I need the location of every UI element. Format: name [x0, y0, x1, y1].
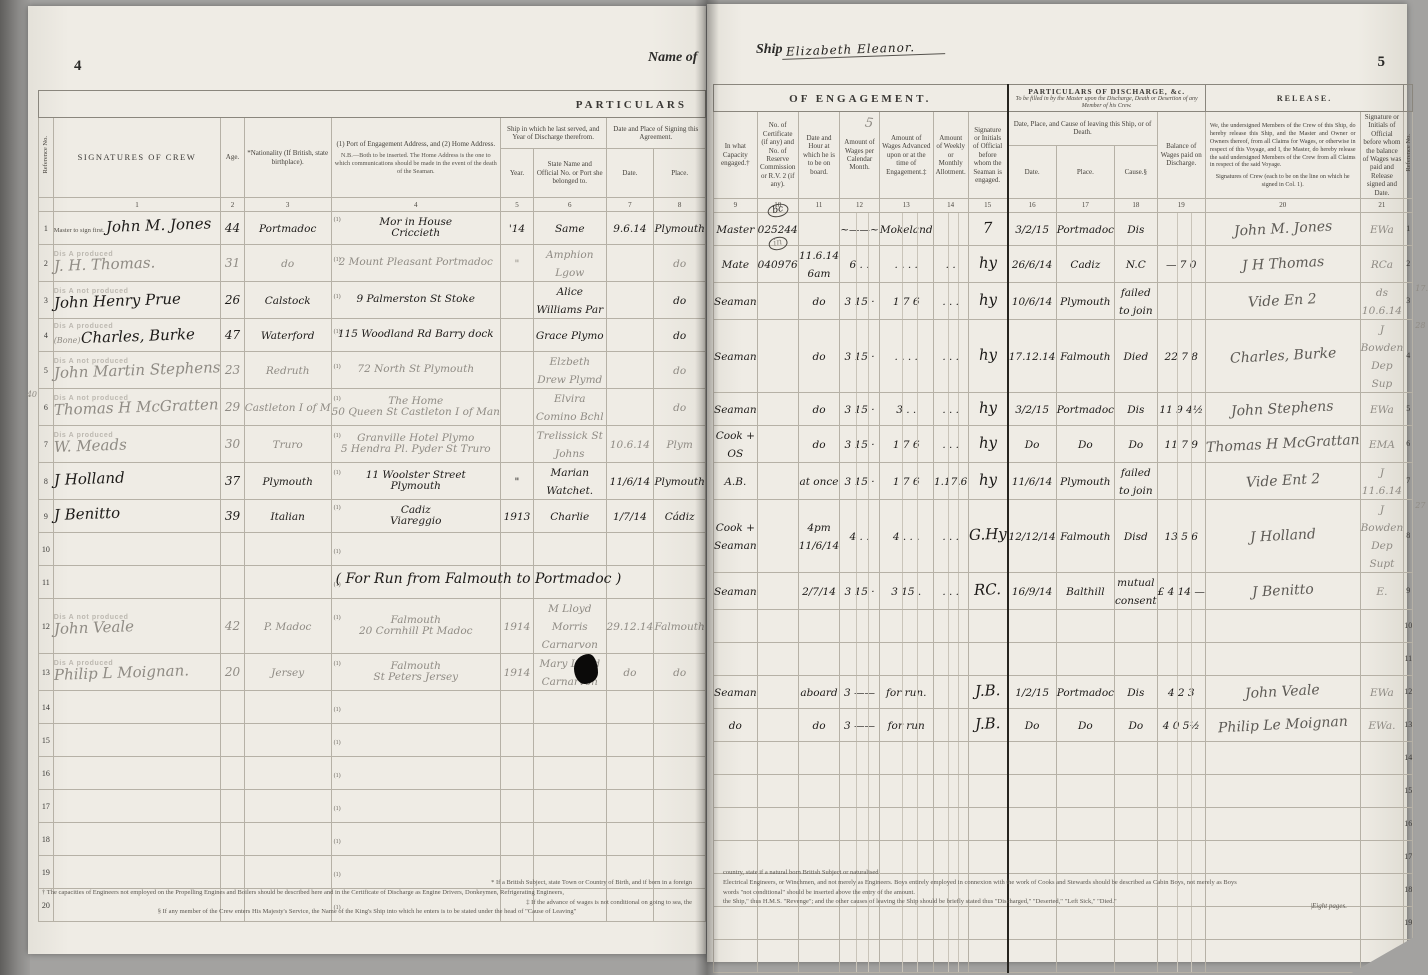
group-last-ship-header: Ship in which he last served, and Year o… [500, 118, 606, 149]
cell-last-ship-name: Same [534, 212, 607, 245]
cell-certificate-no [757, 499, 798, 572]
cell-discharge-date: 3/2/15 [1008, 392, 1057, 425]
cell-release-official: EWa [1360, 392, 1404, 425]
engagement-row: 10 [714, 609, 1413, 642]
address-mark: (1) [334, 740, 341, 746]
name-of-label: Name of [648, 50, 697, 66]
crew-signature: J Holland [53, 471, 124, 489]
cell-date-hour: do [798, 319, 839, 392]
cell-wages: 4 . . [840, 499, 880, 572]
cell-capacity [714, 741, 758, 774]
age-value: 23 [225, 363, 240, 377]
crew-signature: John Henry Prue [53, 291, 180, 311]
cell-nationality: do [244, 245, 331, 282]
cell-official-initials: hy [968, 245, 1007, 282]
signing-place-value: do [673, 667, 686, 679]
cell-nationality: Castleton I of M [244, 389, 331, 426]
footnote: country, state if a natural born British… [723, 868, 1383, 878]
last-ship-value: Marian Watchet. [546, 467, 593, 497]
cell-date-hour: do [798, 282, 839, 319]
cell-capacity: Cook + Seaman [714, 499, 758, 572]
cell-discharge-place [1056, 906, 1114, 939]
cell-last-ship-name: Marian Watchet. [534, 463, 607, 500]
cell-signature [53, 566, 221, 599]
particulars-heading: PARTICULARS [576, 99, 687, 111]
cell-allotment [933, 708, 968, 741]
cell-last-ship-year: 1914 [500, 654, 533, 691]
cell-address: (1)The Home50 Queen St Castleton I of Ma… [331, 389, 500, 426]
wages-value: 3 15 · [845, 586, 875, 598]
certificate-value: 025244 [758, 224, 798, 236]
release-official-value: RCa [1371, 259, 1393, 271]
balance-value: 22 7 8 [1165, 351, 1198, 363]
cell-balance: 11 9 4½ [1157, 392, 1205, 425]
date-hour-value: aboard [800, 687, 837, 699]
pages-note: |Eight pages. [1310, 902, 1347, 910]
signing-date-value: do [623, 667, 636, 679]
signing-place-value: do [673, 258, 686, 270]
cell-signing-date: 10.6.14 [606, 426, 654, 463]
discharge-place-value: Portmadoc [1057, 687, 1114, 699]
cell-reference-no: 7 [39, 426, 54, 463]
cell-discharge-place [1056, 741, 1114, 774]
engagement-row: Cook + Seaman4pm 11/6/144 . .4 . . .. . … [714, 499, 1413, 572]
cell-release-official: EWa [1360, 212, 1404, 245]
cell-wages: 3 —— [840, 708, 880, 741]
cell-balance [1157, 642, 1205, 675]
cell-capacity [714, 642, 758, 675]
release-signature-value: Philip Le Moignan [1217, 715, 1347, 736]
cell-signing-date [606, 533, 654, 566]
cell-age: 31 [221, 245, 244, 282]
engagement-row: Seamando3 15 ·3 . .. . .hy3/2/15Portmado… [714, 392, 1413, 425]
cell-advance: 3 15 . [879, 572, 933, 609]
address-line-2: St Peters Jersey [332, 672, 500, 683]
balance-value: — 7 0 [1166, 259, 1197, 271]
address-mark: (1) [334, 615, 341, 621]
cell-release-signature: Vide En 2 [1205, 282, 1360, 319]
cell-discharge-place: Falmouth [1056, 499, 1114, 572]
cell-nationality: Italian [244, 500, 331, 533]
cell-discharge-date: 11/6/14 [1008, 462, 1057, 499]
cell-discharge-cause: Disd [1115, 499, 1158, 572]
engagement-row: Mate040976in11.6.14 6am6 . .. . . .. .hy… [714, 245, 1413, 282]
discharge-heading-cell: PARTICULARS OF DISCHARGE, &c. To be fill… [1008, 85, 1206, 112]
cell-wages: 3 15 · [840, 282, 880, 319]
ship-name-handwritten: Elizabeth Eleanor. [782, 40, 945, 59]
capacity-value: Mate [722, 259, 749, 271]
cell-discharge-cause: mutual consent [1115, 572, 1158, 609]
footnotes-right: country, state if a natural born British… [723, 868, 1383, 907]
cell-capacity: Cook + OS [714, 425, 758, 462]
ship-name-line: ShipElizabeth Eleanor. [756, 40, 946, 58]
engagement-row: Master025244bc~——~Mokeland73/2/15Portmad… [714, 212, 1413, 245]
allotment-value: . . . [942, 586, 959, 598]
cell-release-official: J Bowden Dep Sup [1360, 319, 1404, 392]
cell-advance [879, 609, 933, 642]
cell-nationality: Jersey [244, 654, 331, 691]
cell-discharge-date: 17.12.14 [1008, 319, 1057, 392]
cell-release-official [1360, 642, 1404, 675]
cell-capacity [714, 807, 758, 840]
cell-allotment: . . . [933, 392, 968, 425]
cell-last-ship-year: 1913 [500, 500, 533, 533]
official-initials-value: hy [978, 292, 997, 308]
official-initials-value: G.Hy [968, 527, 1006, 544]
cell-signature: Master to sign first. John M. Jones [53, 212, 221, 245]
nationality-value: Plymouth [262, 476, 312, 488]
wages-value: 4 . . [850, 531, 870, 543]
address-line-2: 20 Cornhill Pt Madoc [332, 626, 500, 637]
page-right: 5 OF ENGAGEMENT. PARTICULARS OF DISCHARG… [707, 4, 1407, 962]
cell-discharge-cause: Died [1115, 319, 1158, 392]
date-hour-value: at once [799, 476, 838, 488]
nationality-value: Portmadoc [259, 223, 316, 235]
cell-reference-no: 2 [1404, 245, 1413, 282]
footnotes-left: * If a British Subject, state Town or Co… [42, 878, 692, 917]
book-edge-shadow [0, 0, 30, 975]
cell-reference-no: 12 [39, 599, 54, 654]
cell-age: 47 [221, 319, 244, 352]
cell-signing-date [606, 691, 654, 724]
cell-advance: Mokeland [879, 212, 933, 245]
date-hour-value: 2/7/14 [802, 586, 836, 598]
cell-signing-date [606, 757, 654, 790]
cell-certificate-no [757, 675, 798, 708]
cell-allotment [933, 807, 968, 840]
cell-advance [879, 807, 933, 840]
cell-release-signature [1205, 609, 1360, 642]
discharge-date-value: Do [1025, 439, 1040, 451]
official-initials-value: hy [978, 347, 997, 363]
discharge-place-value: Portmadoc [1057, 224, 1114, 236]
cell-last-ship-name: Grace Plymo [534, 319, 607, 352]
discharge-cause-value: Disd [1124, 531, 1148, 543]
release-official-value: EWa [1370, 224, 1394, 236]
cell-last-ship-year [500, 757, 533, 790]
cell-age: 23 [221, 352, 244, 389]
cell-official-initials: RC. [968, 572, 1007, 609]
discharge-date-value: Do [1025, 720, 1040, 732]
cell-allotment: . . [933, 245, 968, 282]
cell-allotment [933, 939, 968, 972]
allotment-value: . . . [942, 404, 959, 416]
cell-discharge-cause: Dis [1115, 675, 1158, 708]
cell-release-official: J 11.6.14 [1360, 462, 1404, 499]
discharge-date-value: 3/2/15 [1015, 404, 1049, 416]
engagement-row: 15 [714, 774, 1413, 807]
cell-discharge-cause: failed to join [1115, 282, 1158, 319]
cell-official-initials: hy [968, 319, 1007, 392]
cell-wages: 3 15 · [840, 462, 880, 499]
wages-value: 3 15 · [845, 296, 875, 308]
cell-wages: 3 15 · [840, 572, 880, 609]
cell-date-hour: do [798, 708, 839, 741]
cell-certificate-no [757, 708, 798, 741]
release-heading-cell: RELEASE. [1205, 85, 1403, 112]
cell-signature [53, 533, 221, 566]
cell-address: (1) [331, 790, 500, 823]
margin-pencil-note: 17.11.2 [1415, 285, 1428, 293]
cell-nationality [244, 790, 331, 823]
discharge-date-value: 16/9/14 [1012, 586, 1052, 598]
cell-allotment [933, 906, 968, 939]
address-mark: (1) [334, 707, 341, 713]
discharge-cause-value: Dis [1127, 687, 1144, 699]
cell-age: 29 [221, 389, 244, 426]
cell-nationality: Portmadoc [244, 212, 331, 245]
cell-release-signature: J Holland [1205, 499, 1360, 572]
signing-date-value: 29.12.14 [607, 621, 654, 633]
crew-row: 7Dis A producedW. Meads30Truro(1)Granvil… [39, 426, 706, 463]
discharge-cause-value: Do [1128, 439, 1143, 451]
wages-value: 3 15 · [845, 404, 875, 416]
cell-reference-no: 10 [39, 533, 54, 566]
cell-signature: J Holland [53, 463, 221, 500]
cell-release-signature [1205, 807, 1360, 840]
discharge-date-value: 26/6/14 [1012, 259, 1052, 271]
cell-nationality: Waterford [244, 319, 331, 352]
cell-release-signature: Philip Le Moignan [1205, 708, 1360, 741]
cell-signature: Dis A not producedJohn Henry Prue [53, 282, 221, 319]
footnote: Electrical Engineers, or Winchmen, and n… [723, 878, 1383, 888]
cell-release-signature: Charles, Burke [1205, 319, 1360, 392]
cell-signing-date: 9.6.14 [606, 212, 654, 245]
cell-age [221, 823, 244, 856]
crew-row: 17(1) [39, 790, 706, 823]
cell-reference-no: 5 [39, 352, 54, 389]
scanned-ledger-spread: 4 PARTICULARS Reference No. SIGNATURES O… [0, 0, 1428, 975]
cell-reference-no: 19 [1404, 906, 1413, 939]
cell-balance [1157, 807, 1205, 840]
cell-address: (1)( For Run from Falmouth to Portmadoc … [331, 566, 500, 599]
nationality-value: P. Madoc [264, 621, 312, 633]
cell-nationality: Calstock [244, 282, 331, 319]
cell-address: (1)Falmouth20 Cornhill Pt Madoc [331, 599, 500, 654]
column-numbers-right: 910 1112 1314 1516 1718 1920 21 [714, 198, 1413, 212]
cell-signing-date [606, 389, 654, 426]
cell-release-signature [1205, 906, 1360, 939]
cell-official-initials [968, 906, 1007, 939]
capacity-value: Seaman [714, 586, 757, 598]
cell-certificate-no [757, 741, 798, 774]
cell-advance [879, 774, 933, 807]
cell-allotment [933, 212, 968, 245]
cell-reference-no: 13 [1404, 708, 1413, 741]
official-initials-value: J.B. [975, 683, 1001, 700]
cell-discharge-place [1056, 807, 1114, 840]
cell-discharge-place: Plymouth [1056, 462, 1114, 499]
date-hour-value: do [812, 351, 825, 363]
cell-reference-no: 16 [39, 757, 54, 790]
advance-value: 1 7 6 [893, 296, 920, 308]
address-mark: (1) [334, 470, 341, 476]
address-line-2: Criccieth [332, 228, 500, 239]
wages-value: 3 15 · [845, 439, 875, 451]
balance-value: 11 9 4½ [1159, 404, 1203, 416]
cell-capacity: Seaman [714, 282, 758, 319]
cell-signing-date: 29.12.14 [606, 599, 654, 654]
release-ref-spacer [1404, 85, 1413, 112]
col-capacity-header: In what Capacity engaged.† [714, 112, 758, 199]
cell-discharge-cause [1115, 939, 1158, 972]
cell-address: (1)CadizViareggio [331, 500, 500, 533]
balance-value: 4 2 3 [1168, 687, 1195, 699]
crew-signature: John M. Jones [106, 216, 212, 235]
cell-discharge-cause [1115, 642, 1158, 675]
cell-release-signature: Vide Ent 2 [1205, 462, 1360, 499]
col-official15-header: Signature or Initials of Official before… [968, 112, 1007, 199]
cell-release-official: RCa [1360, 245, 1404, 282]
year-value: '14 [509, 223, 525, 235]
discharge-cause-value: Dis [1127, 404, 1144, 416]
engagement-row: Seamando3 15 ·. . . .. . .hy17.12.14Falm… [714, 319, 1413, 392]
engagement-row: Seamando3 15 ·1 7 6. . .hy10/6/14Plymout… [714, 282, 1413, 319]
cell-reference-no: 3 [39, 282, 54, 319]
address-line-1: 9 Palmerston St Stoke [332, 294, 500, 305]
cell-signing-date: 11/6/14 [606, 463, 654, 500]
cell-date-hour [798, 807, 839, 840]
particulars-heading-cell: PARTICULARS [39, 91, 706, 118]
cell-discharge-place: Balthill [1056, 572, 1114, 609]
cell-allotment: . . . [933, 319, 968, 392]
cell-discharge-date: Do [1008, 708, 1057, 741]
cell-release-signature [1205, 939, 1360, 972]
cell-signature: Dis A not producedThomas H McGratten [53, 389, 221, 426]
cell-official-initials [968, 741, 1007, 774]
date-hour-value: do [812, 439, 825, 451]
cell-discharge-place: Falmouth [1056, 319, 1114, 392]
cell-wages [840, 741, 880, 774]
cell-last-ship-name [534, 691, 607, 724]
cell-reference-no: 18 [1404, 873, 1413, 906]
cell-advance: for run. [879, 675, 933, 708]
discharge-cause-value: mutual consent [1115, 577, 1157, 607]
cell-signature [53, 823, 221, 856]
advance-value: 1 7 6 [893, 439, 920, 451]
col-signatures-header: SIGNATURES OF CREW [53, 118, 221, 198]
cell-balance [1157, 462, 1205, 499]
address-line-2: Viareggio [332, 516, 500, 527]
cell-official-initials: J.B. [968, 708, 1007, 741]
address-line-2: 5 Hendra Pl. Pyder St Truro [332, 444, 500, 455]
release-official-value: EMA [1369, 439, 1395, 451]
column-numbers-left: 12 34 56 78 [39, 198, 706, 212]
cell-capacity: do [714, 708, 758, 741]
cell-advance: 1 7 6 [879, 462, 933, 499]
crew-row: 4Dis A produced(Bone)Charles, Burke47Wat… [39, 319, 706, 352]
release-official-value: E. [1376, 586, 1387, 598]
cell-reference-no: 13 [39, 654, 54, 691]
cell-wages: 3 15 · [840, 425, 880, 462]
cell-discharge-place: Cadiz [1056, 245, 1114, 282]
signing-date-value: 1/7/14 [613, 511, 647, 523]
cell-advance: . . . . [879, 245, 933, 282]
address-mark: (1) [334, 396, 341, 402]
cell-discharge-cause [1115, 906, 1158, 939]
cell-allotment [933, 609, 968, 642]
crew-table-right: OF ENGAGEMENT. PARTICULARS OF DISCHARGE,… [713, 84, 1413, 973]
date-hour-value: 11.6.14 6am [799, 250, 839, 280]
address-mark: (1) [334, 549, 341, 555]
cell-official-initials [968, 939, 1007, 972]
nationality-value: do [281, 258, 294, 270]
address-line-1: 2 Mount Pleasant Portmadoc [332, 257, 500, 268]
cell-discharge-cause: Do [1115, 425, 1158, 462]
cell-last-ship-name: Elvira Comino Bchl [534, 389, 607, 426]
cell-signature: Dis A producedW. Meads [53, 426, 221, 463]
cell-address: (1)Mor in HouseCriccieth [331, 212, 500, 245]
age-value: 47 [225, 328, 240, 342]
allotment-value: 1.17.6 [934, 476, 967, 488]
nationality-value: Waterford [261, 330, 315, 342]
cell-last-ship-name [534, 724, 607, 757]
page-number-right: 5 [1378, 54, 1386, 71]
advance-value: 3 15 . [891, 586, 921, 598]
cell-address: (1)72 North St Plymouth [331, 352, 500, 389]
discharge-place-value: Plymouth [1060, 296, 1110, 308]
cell-date-hour: do [798, 392, 839, 425]
discharge-place-value: Do [1078, 720, 1093, 732]
cell-age: 20 [221, 654, 244, 691]
col-reference-header: Reference No. [39, 118, 54, 198]
cell-wages: 6 . . [840, 245, 880, 282]
footnote: words "not conditional" should be insert… [723, 888, 1383, 898]
crew-row: 16(1) [39, 757, 706, 790]
cell-date-hour: do [798, 425, 839, 462]
cell-discharge-place: Plymouth [1056, 282, 1114, 319]
capacity-value: Seaman [714, 351, 757, 363]
cell-certificate-no [757, 572, 798, 609]
cell-capacity: Mate [714, 245, 758, 282]
date-hour-value: 4pm 11/6/14 [799, 522, 839, 552]
cell-allotment: . . . [933, 425, 968, 462]
discharge-place-value: Do [1078, 439, 1093, 451]
release-signature-value: J H Thomas [1241, 255, 1324, 274]
capacity-value: Master [716, 224, 754, 236]
nationality-value: Italian [270, 511, 304, 523]
cell-last-ship-name: Elzbeth Drew Plymd [534, 352, 607, 389]
wages-value: 6 . . [850, 259, 870, 271]
age-value: 42 [225, 619, 240, 633]
cell-last-ship-year [500, 389, 533, 426]
cell-signature: Dis A producedJ. H. Thomas. [53, 245, 221, 282]
cell-wages: 3 15 · [840, 319, 880, 392]
age-value: 44 [225, 221, 240, 235]
release-official-value: J Bowden Dep Supt [1361, 504, 1404, 570]
cell-date-hour [798, 609, 839, 642]
cell-age: 30 [221, 426, 244, 463]
balance-value: 4 0 5½ [1163, 720, 1200, 732]
cell-certificate-no [757, 282, 798, 319]
cell-signing-date: do [606, 654, 654, 691]
address-mark: (1) [334, 806, 341, 812]
cell-release-official: EWa [1360, 675, 1404, 708]
release-official-value: EWa [1370, 687, 1394, 699]
address-mark: (1) [334, 217, 341, 223]
col-address-header: (1) Port of Engagement Address, and (2) … [331, 118, 500, 198]
last-ship-value: Trelissick St Johns [537, 430, 603, 460]
capacity-value: Seaman [714, 404, 757, 416]
nationality-value: Calstock [265, 295, 311, 307]
cell-date-hour [798, 939, 839, 972]
crew-row: 1Master to sign first. John M. Jones44Po… [39, 212, 706, 245]
capacity-value: Seaman [714, 296, 757, 308]
last-ship-value: Grace Plymo [536, 330, 604, 342]
cell-date-hour: 4pm 11/6/14 [798, 499, 839, 572]
cell-certificate-no: 040976in [757, 245, 798, 282]
discharge-date-value: 10/6/14 [1012, 296, 1052, 308]
